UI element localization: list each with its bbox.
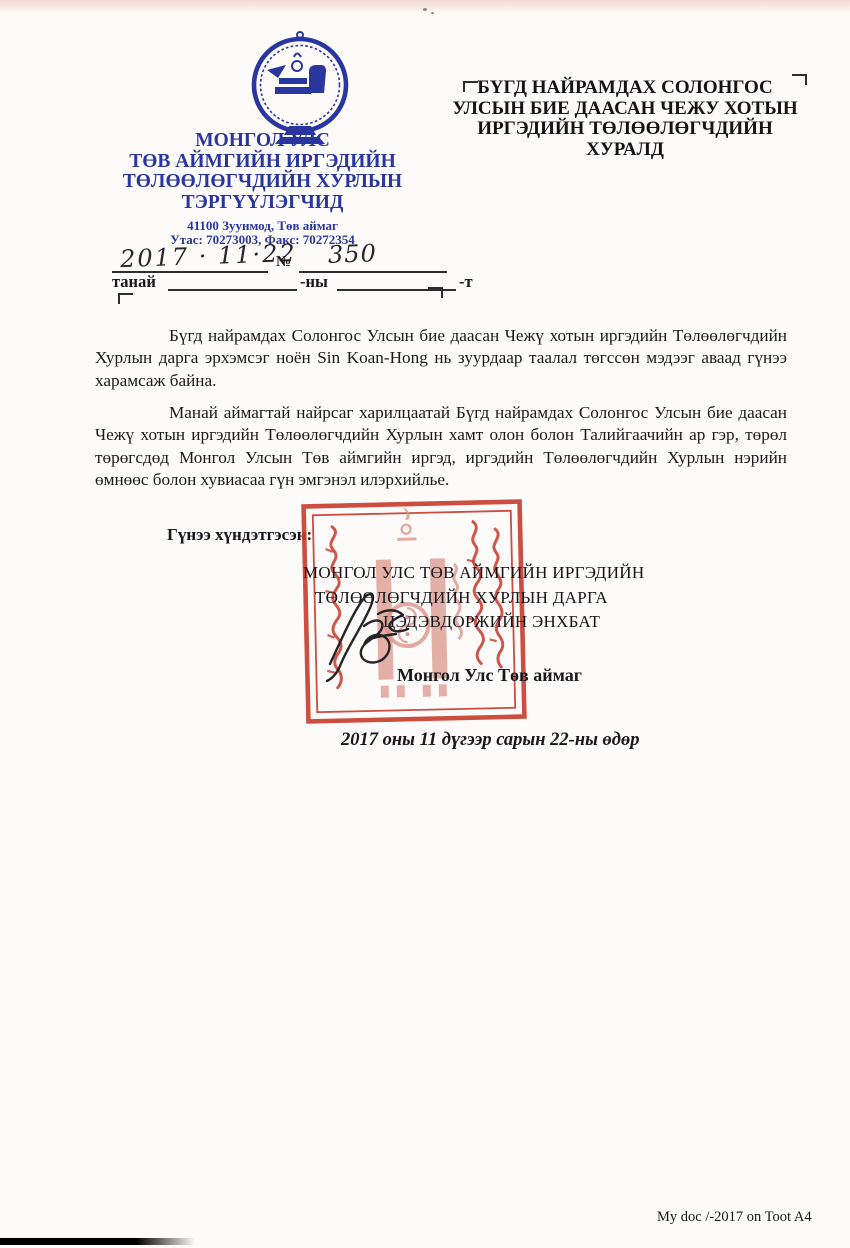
number-sign: № (276, 254, 291, 271)
body-paragraph-2: Манай аймагтай найрсаг харилцаатай Бүгд … (95, 402, 787, 492)
addressee-line: ИРГЭДИЙН ТӨЛӨӨЛӨГЧДИЙН ХУРАЛД (442, 119, 808, 160)
scan-edge-bar (0, 1238, 195, 1245)
body-paragraph-1: Бүгд найрамдах Солонгос Улсын бие даасан… (95, 325, 787, 392)
org-line: ТӨВ АЙМГИЙН ИРГЭДИЙН (110, 152, 415, 173)
letterhead-org-block: МОНГОЛ УЛС ТӨВ АЙМГИЙН ИРГЭДИЙН ТӨЛӨӨЛӨГ… (110, 131, 415, 213)
recipient-suffix: -ны (300, 272, 328, 292)
signer-org-line: МОНГОЛ УЛС ТӨВ АЙМГИЙН ИРГЭДИЙН (303, 563, 644, 583)
org-line: МОНГОЛ УЛС (110, 131, 415, 152)
scan-speck (431, 12, 434, 14)
scanned-letter-page: МОНГОЛ УЛС ТӨВ АЙМГИЙН ИРГЭДИЙН ТӨЛӨӨЛӨГ… (0, 0, 850, 1248)
seal-caption: Монгол Улс Төв аймаг (397, 665, 582, 686)
recipient-blank-line (168, 289, 297, 291)
recipient-suffix: -т (459, 272, 473, 292)
org-line: ТЭРГҮҮЛЭГЧИД (110, 193, 415, 214)
closing-salutation: Гүнээ хүндэтгэсэн: (167, 525, 312, 545)
address-corner-mark (792, 74, 807, 85)
footer-note: My doc /-2017 on Toot A4 (657, 1209, 812, 1226)
mongolia-state-emblem-icon (245, 30, 355, 146)
closing-date-line: 2017 оны 11 дүгээр сарын 22-ны өдөр (341, 730, 639, 751)
scan-top-tint (0, 0, 850, 14)
addressee-line: БҮГД НАЙРАМДАХ СОЛОНГОС (442, 78, 808, 99)
address-line: 41100 Зуунмод, Төв аймаг (110, 219, 415, 233)
addressee-line: УЛСЫН БИЕ ДААСАН ЧЕЖУ ХОТЫН (442, 99, 808, 120)
date-handwritten: 2017 · 11·22 (120, 239, 298, 273)
number-handwritten: 350 (328, 239, 378, 269)
scan-speck (423, 8, 427, 11)
recipient-label: танай (112, 272, 156, 292)
org-line: ТӨЛӨӨЛӨГЧДИЙН ХУРЛЫН (110, 172, 415, 193)
address-corner-mark (428, 287, 443, 298)
address-corner-mark (118, 293, 133, 304)
address-corner-mark (463, 81, 478, 92)
addressee-block: БҮГД НАЙРАМДАХ СОЛОНГОС УЛСЫН БИЕ ДААСАН… (442, 78, 808, 160)
